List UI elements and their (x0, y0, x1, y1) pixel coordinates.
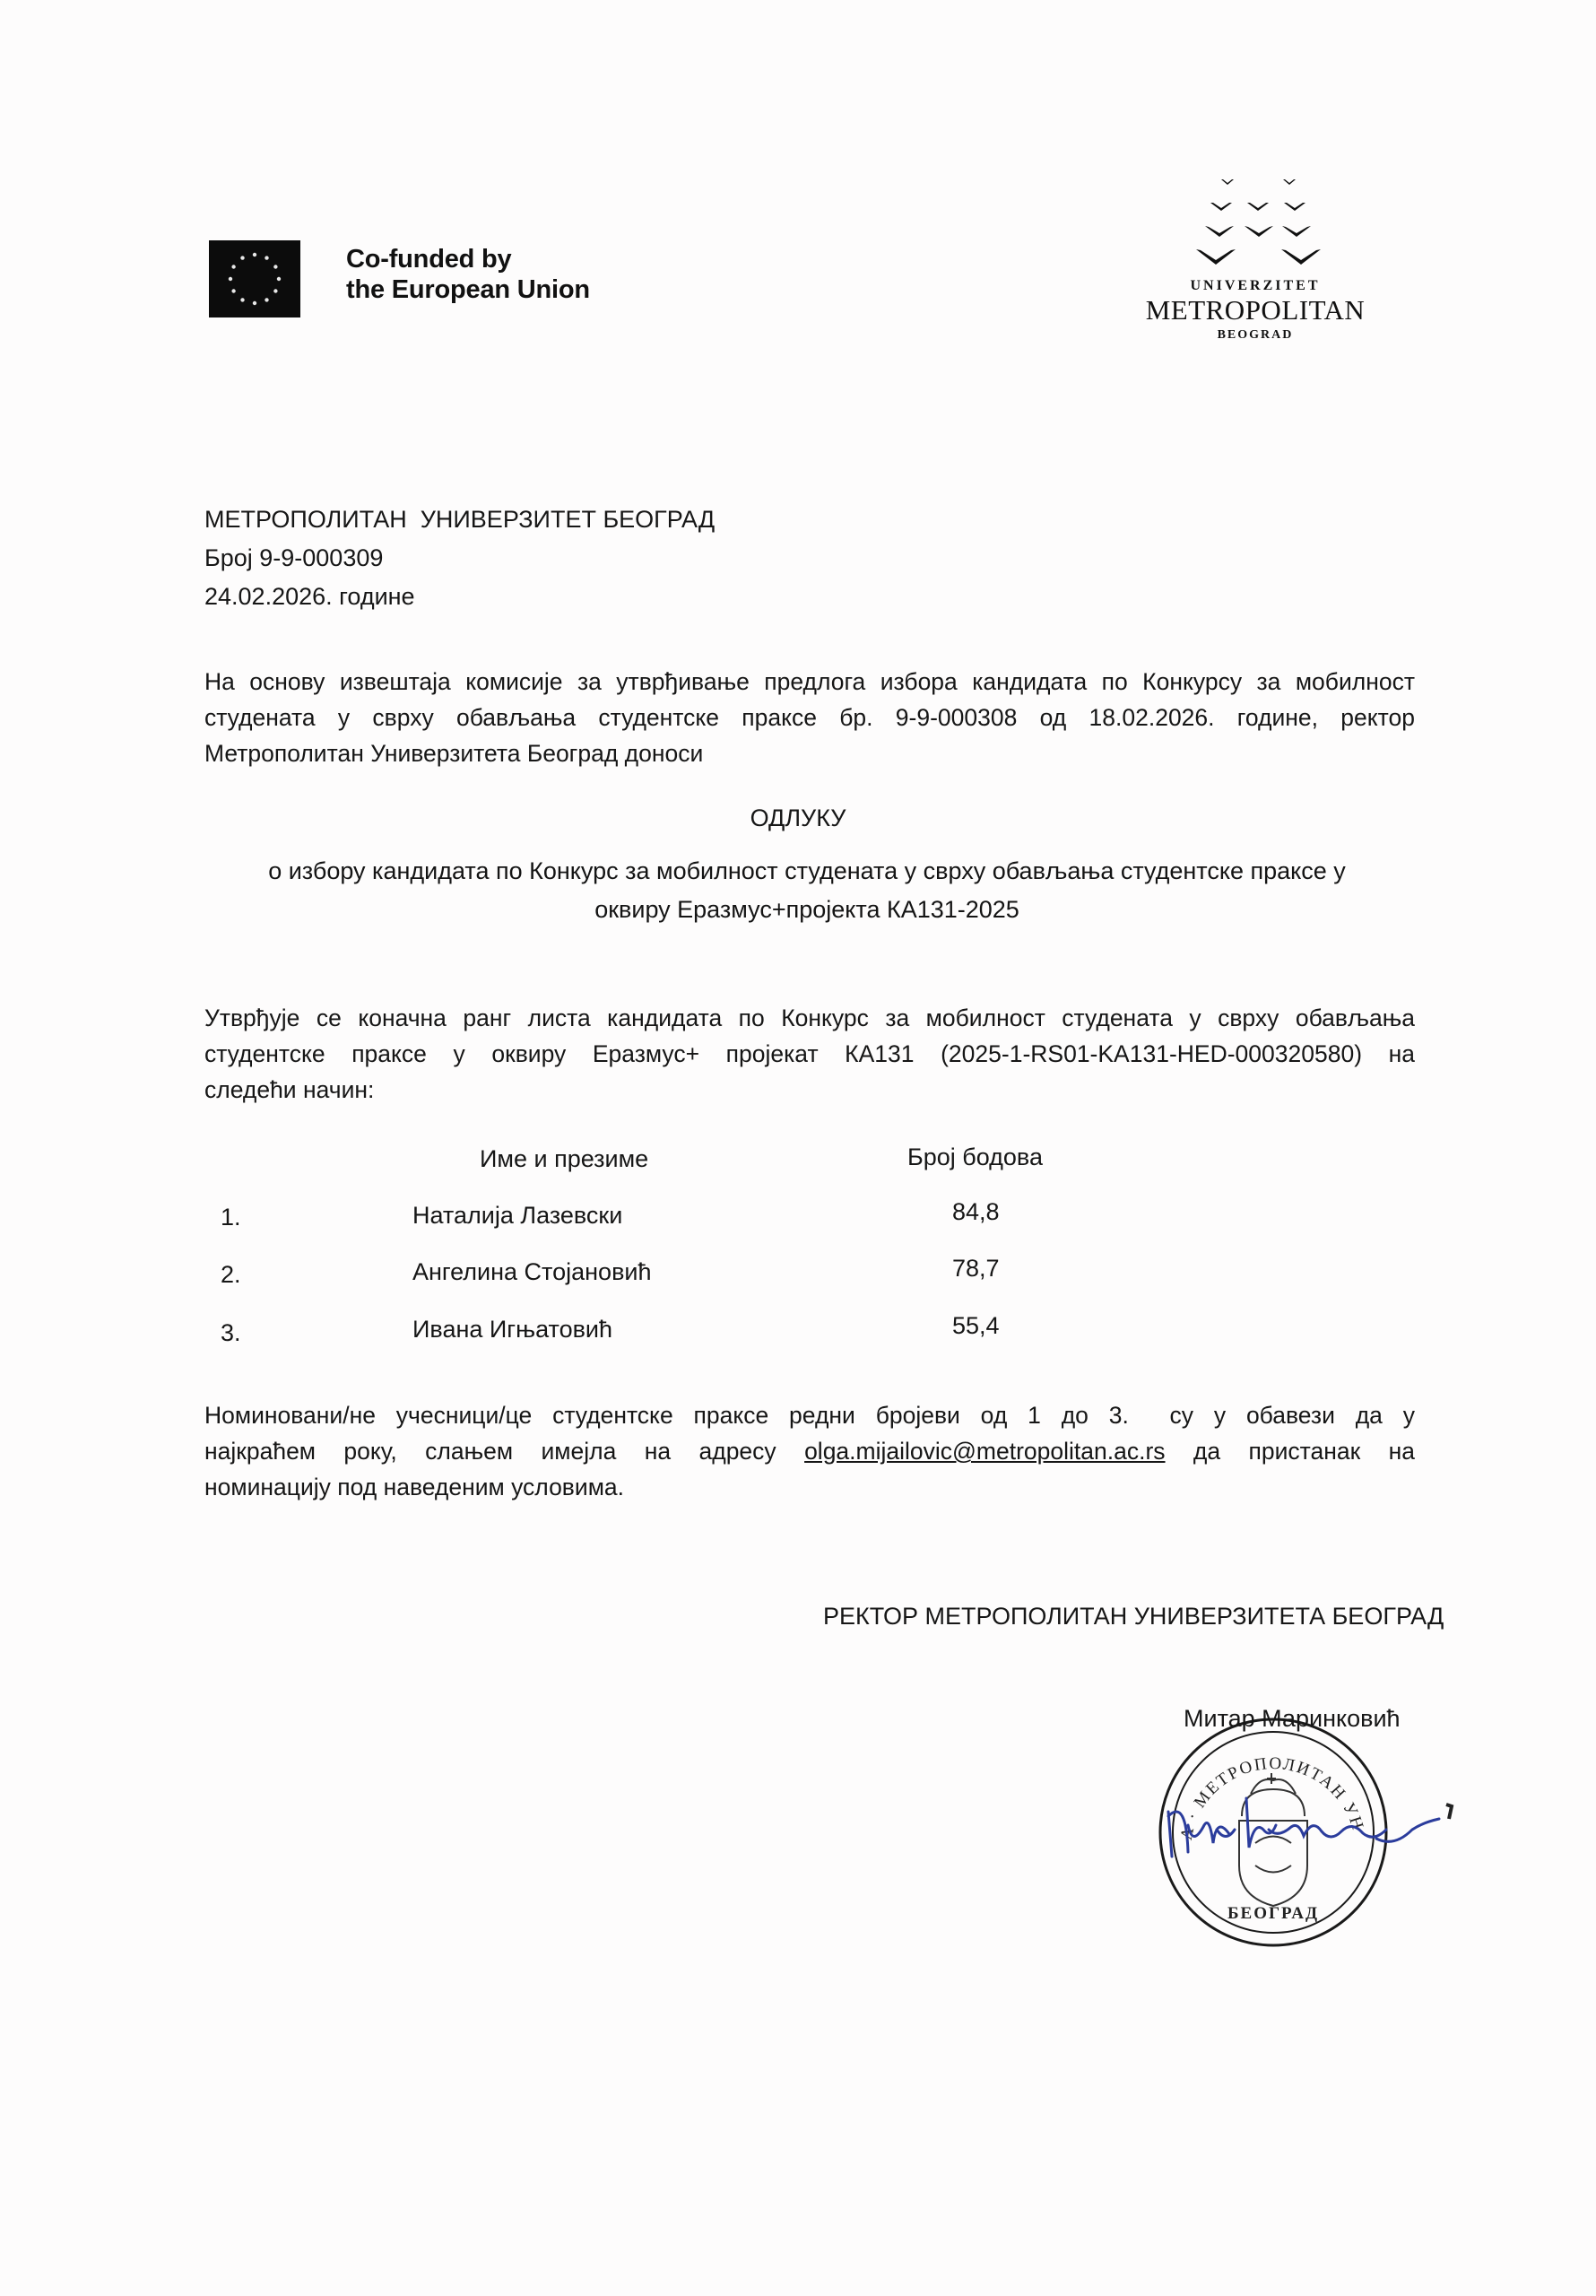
rector-title: РЕКТОР МЕТРОПОЛИТАН УНИВЕРЗИТЕТА БЕОГРАД (823, 1598, 1444, 1634)
rector-name: Митар Маринковић (1184, 1700, 1401, 1736)
handwritten-signature-icon (1161, 1785, 1457, 1865)
closing-line-2-before: најкраћем року, слањем имејла на адресу (204, 1438, 804, 1465)
ranking-intro-paragraph: Утврђује се коначна ранг листа кандидата… (204, 1000, 1415, 1108)
eu-cofunded-label: Co-funded by the European Union (346, 244, 590, 305)
row-rank: 1. (221, 1199, 241, 1235)
column-header-name: Име и презиме (480, 1141, 648, 1177)
row-candidate-name: Наталија Лазевски (412, 1197, 622, 1233)
document-date: 24.02.2026. године (204, 578, 715, 616)
closing-line-2: најкраћем року, слањем имејла на адресу … (204, 1433, 1415, 1469)
document-header: МЕТРОПОЛИТАН УНИВЕРЗИТЕТ БЕОГРАД Број 9-… (204, 500, 715, 616)
preamble-line: студената у сврху обављања студентске пр… (204, 700, 1415, 735)
row-score: 84,8 (952, 1194, 1000, 1230)
closing-line-2-after: да пристанак на (1166, 1438, 1415, 1465)
row-score: 78,7 (952, 1250, 1000, 1286)
university-logo: UNIVERZITET METROPOLITAN BEOGRAD (1125, 170, 1385, 350)
body-line: Утврђује се коначна ранг листа кандидата… (204, 1000, 1415, 1036)
uni-logo-univerzitet: UNIVERZITET (1125, 278, 1385, 294)
closing-paragraph: Номиновани/не учесници/це студентске пра… (204, 1397, 1415, 1505)
uni-logo-beograd: BEOGRAD (1125, 328, 1385, 343)
preamble-paragraph: На основу извештаја комисије за утврђива… (204, 664, 1415, 771)
decision-subtitle-line-2: оквиру Еразмус+пројекта КА131-2025 (224, 891, 1390, 929)
closing-line-3: номинацију под наведеним условима. (204, 1469, 1415, 1505)
document-number: Број 9-9-000309 (204, 539, 715, 578)
row-candidate-name: Ангелина Стојановић (412, 1254, 652, 1290)
contact-email-link[interactable]: olga.mijailovic@metropolitan.ac.rs (804, 1438, 1165, 1465)
decision-subtitle-line-1: о избору кандидата по Конкурс за мобилно… (224, 852, 1390, 891)
eu-flag-icon (209, 240, 300, 317)
row-score: 55,4 (952, 1308, 1000, 1344)
eu-line-1: Co-funded by (346, 244, 590, 274)
row-rank: 3. (221, 1315, 241, 1351)
stamp-bottom-text: БЕОГРАД (1227, 1904, 1319, 1923)
chevron-birds-icon (1125, 170, 1385, 278)
institution-name: МЕТРОПОЛИТАН УНИВЕРЗИТЕТ БЕОГРАД (204, 500, 715, 539)
preamble-line: Метрополитан Универзитета Београд доноси (204, 735, 1415, 771)
decision-title: ОДЛУКУ (0, 800, 1596, 836)
body-line: следећи начин: (204, 1072, 1415, 1108)
column-header-score: Број бодова (907, 1139, 1043, 1175)
body-line: студентске праксе у оквиру Еразмус+ прој… (204, 1036, 1415, 1072)
row-candidate-name: Ивана Игњатовић (412, 1311, 612, 1347)
uni-logo-metropolitan: METROPOLITAN (1125, 294, 1385, 326)
eu-line-2: the European Union (346, 274, 590, 305)
preamble-line: На основу извештаја комисије за утврђива… (204, 664, 1415, 700)
row-rank: 2. (221, 1257, 241, 1292)
decision-subtitle: о избору кандидата по Конкурс за мобилно… (224, 852, 1390, 929)
closing-line-1: Номиновани/не учесници/це студентске пра… (204, 1397, 1415, 1433)
